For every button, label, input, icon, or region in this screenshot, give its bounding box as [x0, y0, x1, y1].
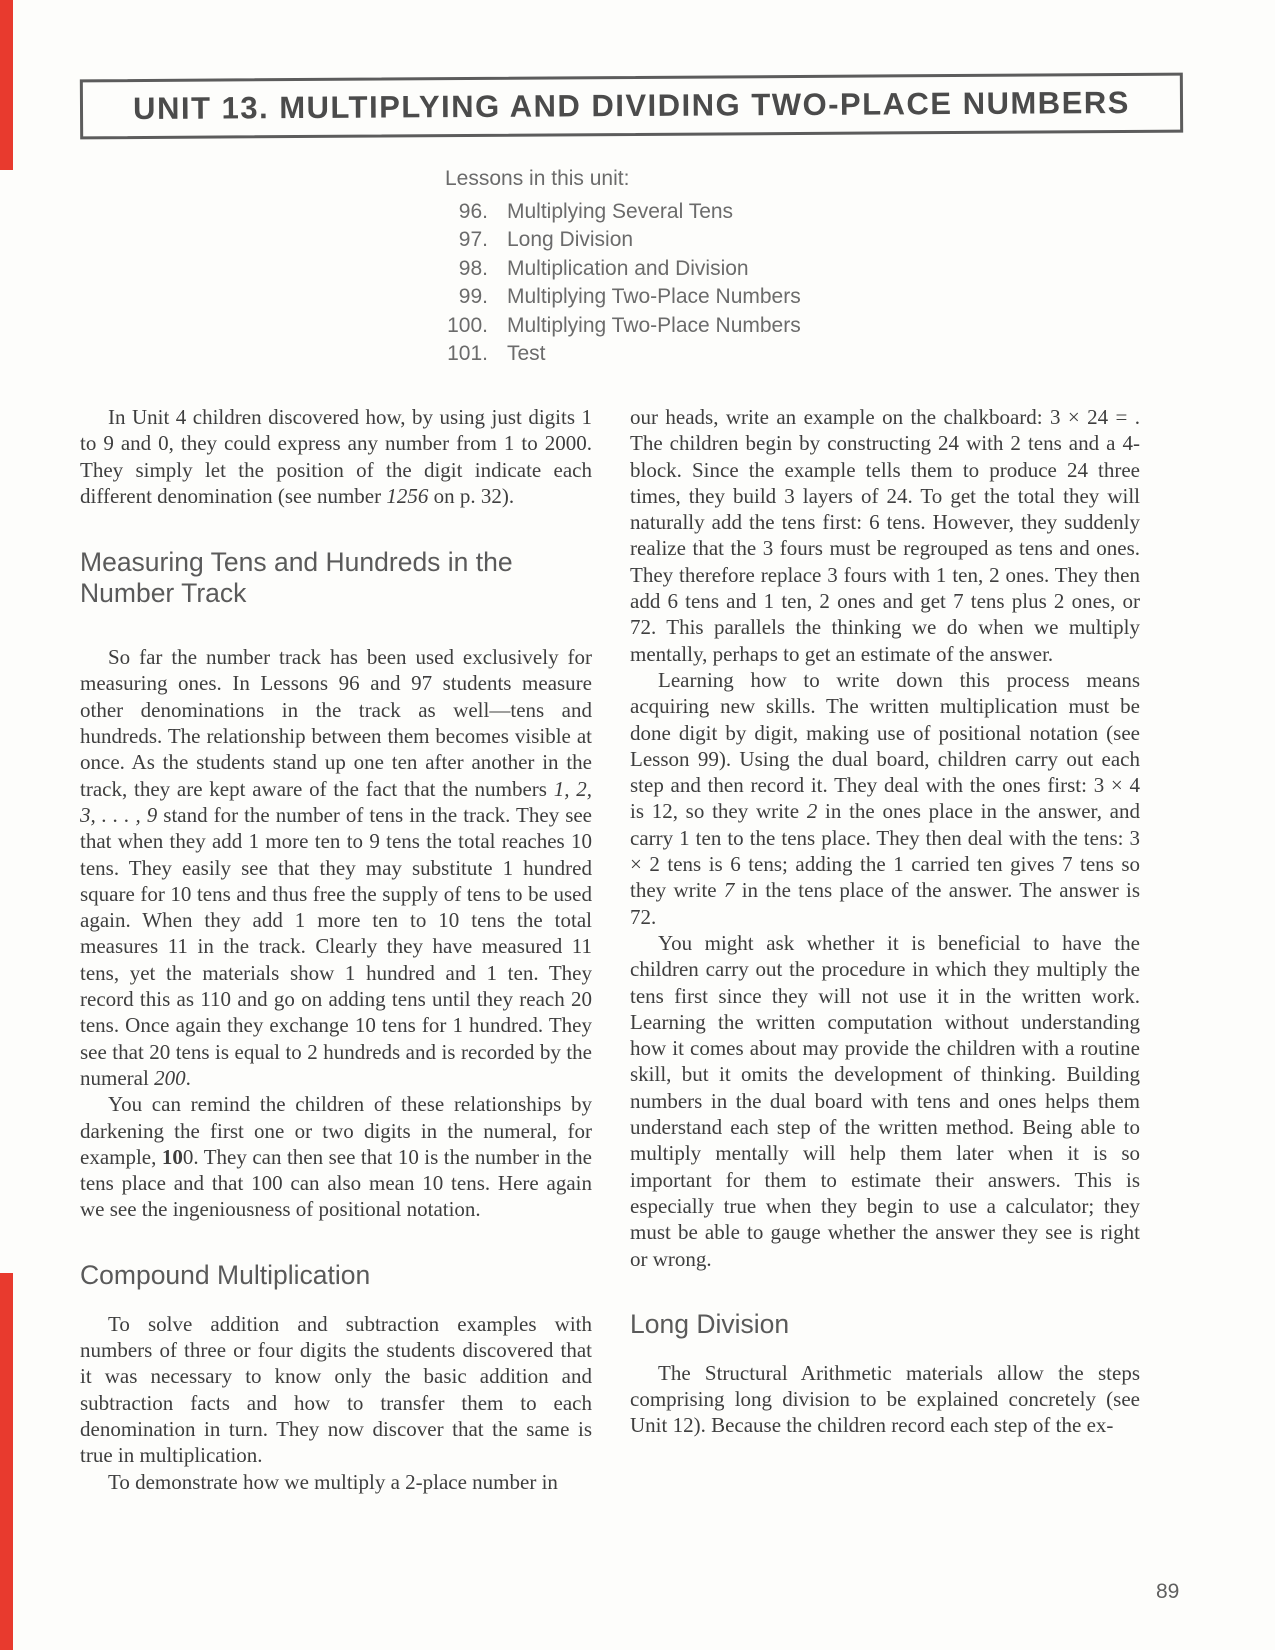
- lesson-number: 101.: [420, 340, 488, 368]
- lesson-label: Multiplying Several Tens: [507, 198, 733, 226]
- lesson-number: 99.: [420, 283, 488, 311]
- paragraph-compound-continued: our heads, write an example on the chalk…: [630, 404, 1140, 667]
- lesson-item: 99. Multiplying Two-Place Numbers: [420, 283, 801, 311]
- lesson-label: Multiplication and Division: [507, 255, 749, 283]
- lessons-heading: Lessons in this unit:: [420, 165, 801, 193]
- lessons-list: Lessons in this unit: 96. Multiplying Se…: [420, 165, 801, 368]
- book-edge-mark-bottom: [0, 1273, 13, 1650]
- lessons-table: 96. Multiplying Several Tens 97. Long Di…: [420, 198, 801, 368]
- paragraph-intro: In Unit 4 children discovered how, by us…: [80, 404, 592, 509]
- lesson-item: 100. Multiplying Two-Place Numbers: [420, 312, 801, 340]
- lesson-label: Long Division: [507, 226, 633, 254]
- paragraph-long-division: The Structural Arithmetic materials allo…: [630, 1360, 1140, 1439]
- section-heading-long-division: Long Division: [630, 1309, 1140, 1340]
- lesson-number: 98.: [420, 255, 488, 283]
- paragraph-compound-1: To solve addition and subtraction exampl…: [80, 1311, 592, 1469]
- unit-title-box: UNIT 13. MULTIPLYING AND DIVIDING TWO-PL…: [80, 73, 1183, 140]
- page-number: 89: [1156, 1580, 1179, 1604]
- unit-title: UNIT 13. MULTIPLYING AND DIVIDING TWO-PL…: [133, 85, 1130, 127]
- paragraph-written-multiplication: Learning how to write down this process …: [630, 667, 1140, 930]
- lesson-item: 96. Multiplying Several Tens: [420, 198, 801, 226]
- lesson-item: 101. Test: [420, 340, 801, 368]
- lesson-number: 97.: [420, 226, 488, 254]
- lesson-item: 98. Multiplication and Division: [420, 255, 801, 283]
- lesson-label: Multiplying Two-Place Numbers: [507, 312, 801, 340]
- section-heading-measuring-tens: Measuring Tens and Hundreds in the Numbe…: [80, 547, 592, 609]
- paragraph-compound-2: To demonstrate how we multiply a 2-place…: [80, 1469, 592, 1495]
- paragraph-number-track-2: You can remind the children of these rel…: [80, 1091, 592, 1222]
- lesson-label: Test: [507, 340, 546, 368]
- paragraph-number-track-1: So far the number track has been used ex…: [80, 644, 592, 1091]
- scanned-book-page: UNIT 13. MULTIPLYING AND DIVIDING TWO-PL…: [0, 0, 1275, 1650]
- lesson-number: 96.: [420, 198, 488, 226]
- book-edge-mark-top: [0, 0, 13, 170]
- left-column: In Unit 4 children discovered how, by us…: [80, 404, 592, 1495]
- lesson-item: 97. Long Division: [420, 226, 801, 254]
- lesson-label: Multiplying Two-Place Numbers: [507, 283, 801, 311]
- section-heading-compound-multiplication: Compound Multiplication: [80, 1260, 592, 1291]
- right-column: our heads, write an example on the chalk…: [630, 404, 1140, 1439]
- paragraph-mental-multiplication: You might ask whether it is beneficial t…: [630, 930, 1140, 1272]
- lesson-number: 100.: [420, 312, 488, 340]
